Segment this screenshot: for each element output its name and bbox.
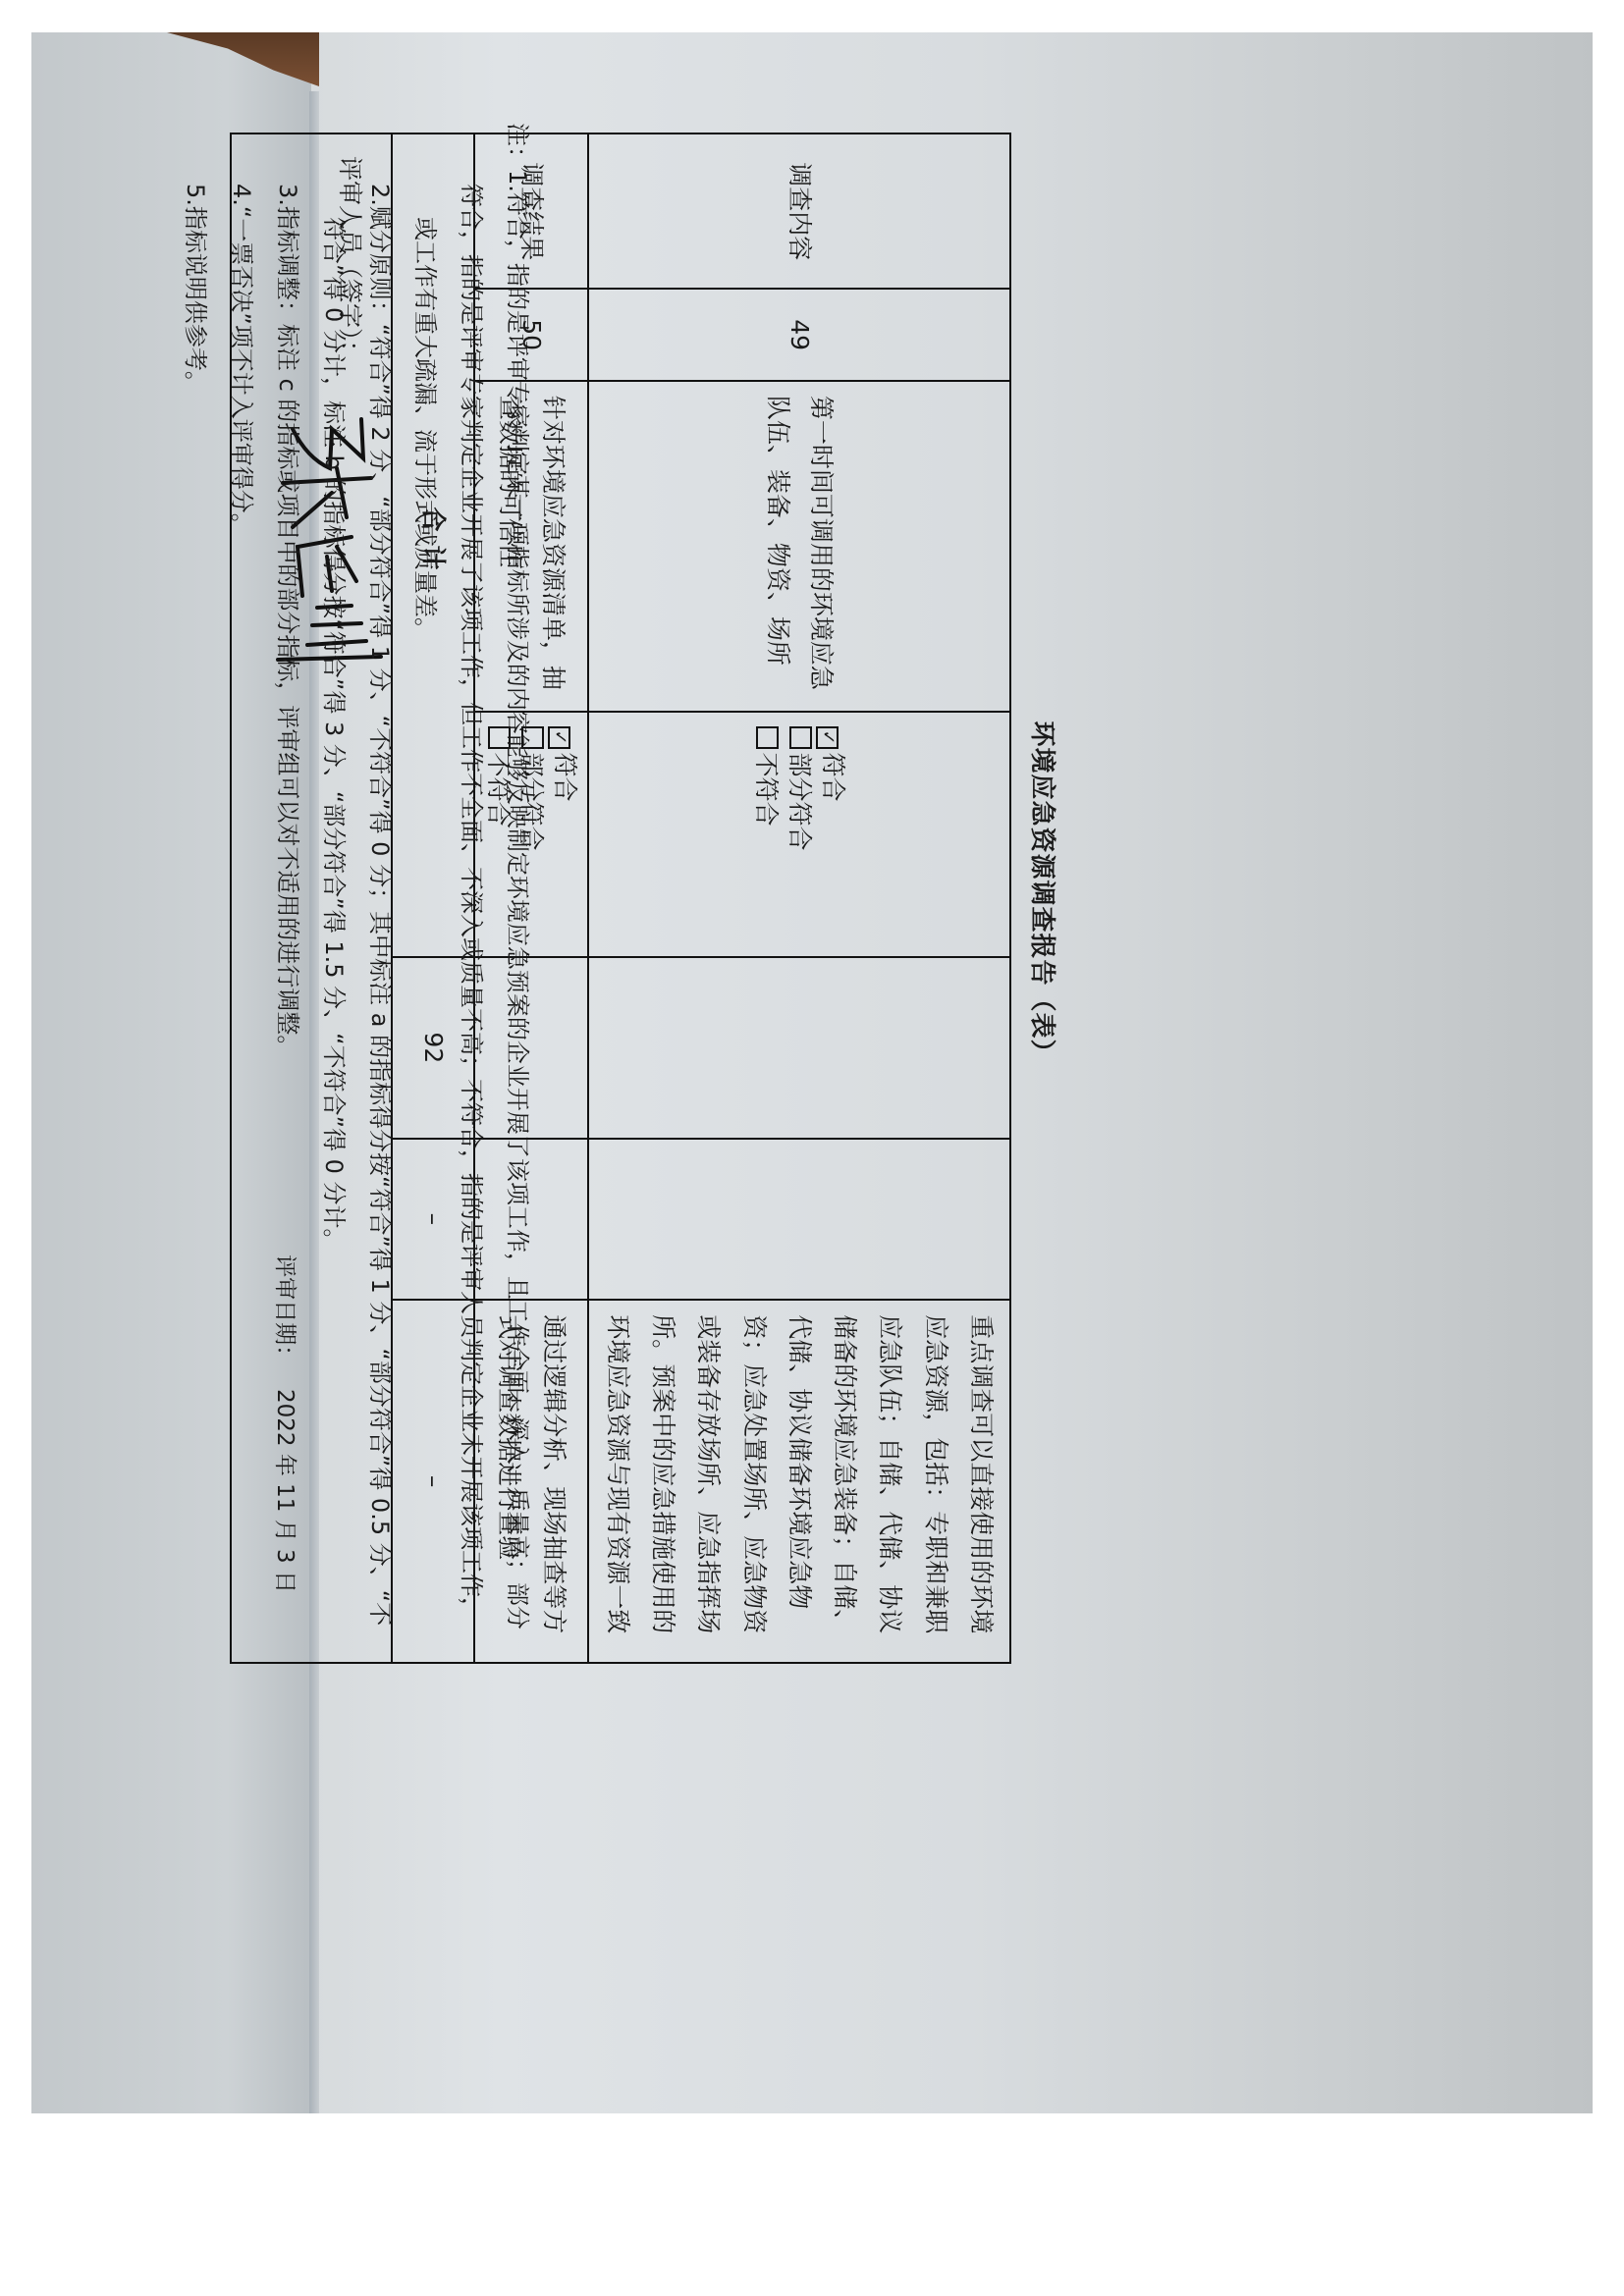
report-title: 环境应急资源调查报告（表）	[1026, 191, 1062, 1595]
table-row: 调查内容 49 第一时间可调用的环境应急队伍、装备、物资、场所 ✓符合 部分符合…	[588, 133, 1010, 1663]
note-line: 或工作有重大疏漏、流于形式或质量差。	[403, 123, 449, 1683]
option-nonconform[interactable]: 不符合	[749, 726, 783, 943]
option-partial[interactable]: 部分符合	[783, 726, 816, 943]
note-line: 5.指标说明供参考。	[173, 123, 219, 1683]
row-remark: 重点调查可以直接使用的环境应急资源，包括：专职和兼职应急队伍；自储、代储、协议储…	[588, 1300, 1010, 1663]
note-line: 注：1.符合，指的是评审专家判定某一项指标所涉及的内容能够反映制定环境应急预案的…	[494, 123, 540, 1683]
row-score	[588, 957, 1010, 1138]
report-sheet: 环境应急资源调查报告（表） 调查内容 49 第一时间可调用的环境应急队伍、装备、…	[226, 191, 1070, 2007]
note-line: 符合”得 0 分计，标注 b 的指标得分按“符合”得 3 分、“部分符合”得 1…	[310, 123, 356, 1683]
note-line: 3.指标调整：标注 c 的指标或项目中的部分指标，评审组可以对不适用的进行调整。	[264, 123, 310, 1683]
checkbox-empty-icon[interactable]	[789, 726, 812, 749]
notes-section: 注：1.符合，指的是评审专家判定某一项指标所涉及的内容能够反映制定环境应急预案的…	[173, 123, 540, 1683]
row-extra	[588, 1139, 1010, 1301]
option-conform[interactable]: ✓符合	[548, 726, 581, 943]
option-conform[interactable]: ✓符合	[816, 726, 849, 943]
note-line: 2.赋分原则：“符合”得 2 分、“部分符合”得 1 分、“不符合”得 0 分；…	[356, 123, 403, 1683]
note-line: 符合，指的是评审专家判定企业开展了该项工作，但工作不全面、不深入或质量不高；不符…	[448, 123, 494, 1683]
note-line: 4.“一票否决”项不计入评审得分。	[218, 123, 264, 1683]
row-item: 第一时间可调用的环境应急队伍、装备、物资、场所	[588, 381, 1010, 712]
row-options: ✓符合 部分符合 不符合	[588, 712, 1010, 958]
checkbox-empty-icon[interactable]	[756, 726, 779, 749]
checkbox-checked-icon[interactable]: ✓	[548, 726, 570, 749]
row-category: 调查内容	[588, 133, 1010, 289]
row-number: 49	[588, 289, 1010, 380]
checkbox-checked-icon[interactable]: ✓	[816, 726, 839, 749]
